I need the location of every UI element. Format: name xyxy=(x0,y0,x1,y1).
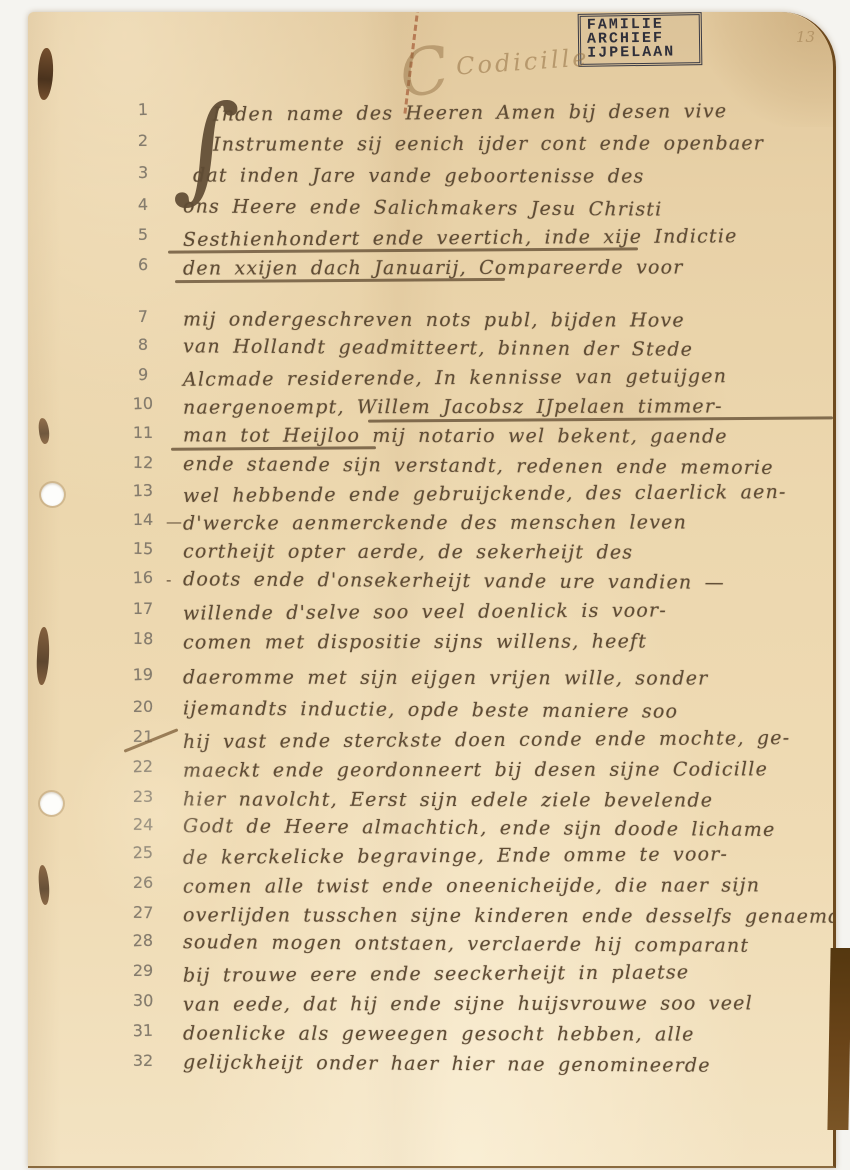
line-number: 28 xyxy=(124,931,163,958)
manuscript-line: cortheijt opter aerde, de sekerheijt des xyxy=(183,539,825,567)
binding-residue-blob xyxy=(38,865,51,906)
manuscript-line-text: hij vast ende sterckste doen conde ende … xyxy=(183,725,790,755)
line-number: 9 xyxy=(124,365,163,392)
manuscript-line: hij vast ende sterckste doen conde ende … xyxy=(183,727,825,755)
document-scan: FAMILIE ARCHIEF IJPELAAN C Codicille 13 … xyxy=(0,0,850,1170)
manuscript-line: Godt de Heere almachtich, ende sijn dood… xyxy=(183,815,825,843)
manuscript-line-text: van eede, dat hij ende sijne huijsvrouwe… xyxy=(183,990,753,1017)
manuscript-line: daeromme met sijn eijgen vrijen wille, s… xyxy=(183,665,825,693)
line-number: 30 xyxy=(124,991,163,1018)
manuscript-line: ende staende sijn verstandt, redenen end… xyxy=(183,453,825,481)
manuscript-line-text: ende staende sijn verstandt, redenen end… xyxy=(183,451,774,481)
line-number: 14 xyxy=(124,510,162,536)
manuscript-line: man tot Heijloo mij notario wel bekent, … xyxy=(183,423,825,451)
line-number: 1 xyxy=(124,100,163,127)
line-number: 26 xyxy=(124,873,162,899)
line-number: 7 xyxy=(124,307,163,334)
line-number: 3 xyxy=(124,163,163,190)
line-number: 20 xyxy=(124,697,162,723)
manuscript-line-text: doots ende d'onsekerheijt vande ure vand… xyxy=(183,566,725,596)
punch-hole-top xyxy=(41,483,64,506)
manuscript-line-text: d'wercke aenmerckende des menschen leven xyxy=(183,509,687,536)
manuscript-line-text: Alcmade residerende, In kennisse van get… xyxy=(183,363,727,393)
manuscript-line: doenlicke als geweegen gesocht hebben, a… xyxy=(183,1021,825,1049)
manuscript-line: naergenoempt, Willem Jacobsz IJpelaen ti… xyxy=(183,394,825,422)
manuscript-line-text: Godt de Heere almachtich, ende sijn dood… xyxy=(183,813,776,843)
line-number: 15 xyxy=(124,539,163,566)
manuscript-line-text: Inden name des Heeren Amen bij desen viv… xyxy=(183,98,727,128)
manuscript-line: d'wercke aenmerckende des menschen leven xyxy=(183,510,825,538)
manuscript-line: den xxijen dach Januarij, Compareerde vo… xyxy=(183,255,825,283)
manuscript-line: overlijden tusschen sijne kinderen ende … xyxy=(183,903,825,931)
manuscript-line: bij trouwe eere ende seeckerheijt in pla… xyxy=(183,961,825,989)
manuscript-line: souden mogen ontstaen, verclaerde hij co… xyxy=(183,931,825,959)
line-number: 16 xyxy=(124,568,163,595)
paper: FAMILIE ARCHIEF IJPELAAN C Codicille 13 … xyxy=(28,12,836,1168)
manuscript-line: ons Heere ende Salichmakers Jesu Christi xyxy=(183,195,825,223)
manuscript-line-text: doenlicke als geweegen gesocht hebben, a… xyxy=(183,1020,695,1047)
manuscript-line-text: willende d'selve soo veel doenlick is vo… xyxy=(183,597,667,626)
manuscript-line-text: souden mogen ontstaen, verclaerde hij co… xyxy=(183,929,749,959)
line-number: 19 xyxy=(124,665,163,692)
manuscript-line-text: mij ondergeschreven nots publ, bijden Ho… xyxy=(183,306,685,333)
manuscript-line: Sesthienhondert ende veertich, inde xije… xyxy=(183,225,825,253)
line-number: 22 xyxy=(124,757,163,784)
punch-hole-bottom xyxy=(40,792,63,815)
manuscript-line: mij ondergeschreven nots publ, bijden Ho… xyxy=(183,307,825,335)
line-number: 17 xyxy=(124,599,162,625)
manuscript-line-text: wel hebbende ende gebruijckende, des cla… xyxy=(183,479,787,509)
line-number: 23 xyxy=(124,787,162,813)
line-number: 29 xyxy=(124,961,162,987)
line-number: 24 xyxy=(124,815,163,842)
manuscript-line-text: maeckt ende geordonneert bij desen sijne… xyxy=(183,756,768,783)
line-number: 2 xyxy=(124,131,162,157)
manuscript-line: Inden name des Heeren Amen bij desen viv… xyxy=(183,100,825,128)
manuscript-line: maeckt ende geordonneert bij desen sijne… xyxy=(183,757,825,785)
manuscript-line-text: hier navolcht, Eerst sijn edele ziele be… xyxy=(183,786,713,813)
line-number: 31 xyxy=(124,1021,163,1048)
page-edge-shadow xyxy=(827,948,850,1130)
manuscript-line-text: gelijckheijt onder haer hier nae genomin… xyxy=(183,1049,711,1078)
emphasis-underline xyxy=(171,446,376,450)
manuscript-line-text: comen alle twist ende oneenicheijde, die… xyxy=(183,872,760,899)
manuscript-line-text: dat inden Jare vande geboortenisse des xyxy=(183,162,645,189)
binding-residue-blob xyxy=(38,418,51,445)
manuscript-line-text: cortheijt opter aerde, de sekerheijt des xyxy=(183,539,633,566)
line-number: 8 xyxy=(124,335,162,361)
manuscript-line: wel hebbende ende gebruijckende, des cla… xyxy=(183,481,825,509)
manuscript-line: Instrumente sij eenich ijder cont ende o… xyxy=(183,131,825,159)
line-number: 5 xyxy=(124,225,162,251)
manuscript-line: dat inden Jare vande geboortenisse des xyxy=(183,163,825,191)
header-title-script: Codicille xyxy=(455,43,590,80)
manuscript-line-text: ons Heere ende Salichmakers Jesu Christi xyxy=(183,193,663,222)
manuscript-line-text: bij trouwe eere ende seeckerheijt in pla… xyxy=(183,959,690,988)
manuscript-line-text: overlijden tusschen sijne kinderen ende … xyxy=(183,902,836,929)
margin-mark: - xyxy=(166,570,171,589)
binding-residue-blob xyxy=(35,627,50,686)
manuscript-line-text: Instrumente sij eenich ijder cont ende o… xyxy=(183,130,764,157)
manuscript-line: van Hollandt geadmitteert, binnen der St… xyxy=(183,335,825,363)
manuscript-line-text: naergenoempt, Willem Jacobsz IJpelaen ti… xyxy=(183,393,723,420)
manuscript-line: gelijckheijt onder haer hier nae genomin… xyxy=(183,1051,825,1079)
manuscript-line-text: de kerckelicke begravinge, Ende omme te … xyxy=(183,841,728,871)
line-number: 4 xyxy=(124,195,163,222)
line-number: 32 xyxy=(124,1051,162,1077)
margin-mark: — xyxy=(166,512,182,531)
manuscript-line-text: van Hollandt geadmitteert, binnen der St… xyxy=(183,333,693,362)
page-number: 13 xyxy=(796,28,815,46)
manuscript-line-text: daeromme met sijn eijgen vrijen wille, s… xyxy=(183,664,708,691)
line-number: 10 xyxy=(124,394,163,421)
line-number: 13 xyxy=(124,481,163,508)
manuscript-line-text: man tot Heijloo mij notario wel bekent, … xyxy=(183,422,728,449)
line-number: 18 xyxy=(124,629,163,656)
line-number: 25 xyxy=(124,843,163,870)
archive-stamp: FAMILIE ARCHIEF IJPELAAN xyxy=(578,12,703,67)
manuscript-line: willende d'selve soo veel doenlick is vo… xyxy=(183,599,825,627)
line-number: 6 xyxy=(124,255,163,282)
binding-residue-blob xyxy=(36,48,55,101)
line-number: 27 xyxy=(124,903,163,930)
manuscript-line: doots ende d'onsekerheijt vande ure vand… xyxy=(183,568,825,596)
line-number: 11 xyxy=(124,423,162,449)
manuscript-line-text: ijemandts inductie, opde beste maniere s… xyxy=(183,695,678,724)
manuscript-line: Alcmade residerende, In kennisse van get… xyxy=(183,365,825,393)
manuscript-line: de kerckelicke begravinge, Ende omme te … xyxy=(183,843,825,871)
manuscript-line: comen met dispositie sijns willens, heef… xyxy=(183,629,825,657)
manuscript-line: ijemandts inductie, opde beste maniere s… xyxy=(183,697,825,725)
manuscript-line: hier navolcht, Eerst sijn edele ziele be… xyxy=(183,787,825,815)
manuscript-line: comen alle twist ende oneenicheijde, die… xyxy=(183,873,825,901)
manuscript-line-text: comen met dispositie sijns willens, heef… xyxy=(183,628,647,655)
manuscript-line: van eede, dat hij ende sijne huijsvrouwe… xyxy=(183,991,825,1019)
line-number: 12 xyxy=(124,453,163,480)
stamp-line-3: IJPELAAN xyxy=(587,45,693,60)
